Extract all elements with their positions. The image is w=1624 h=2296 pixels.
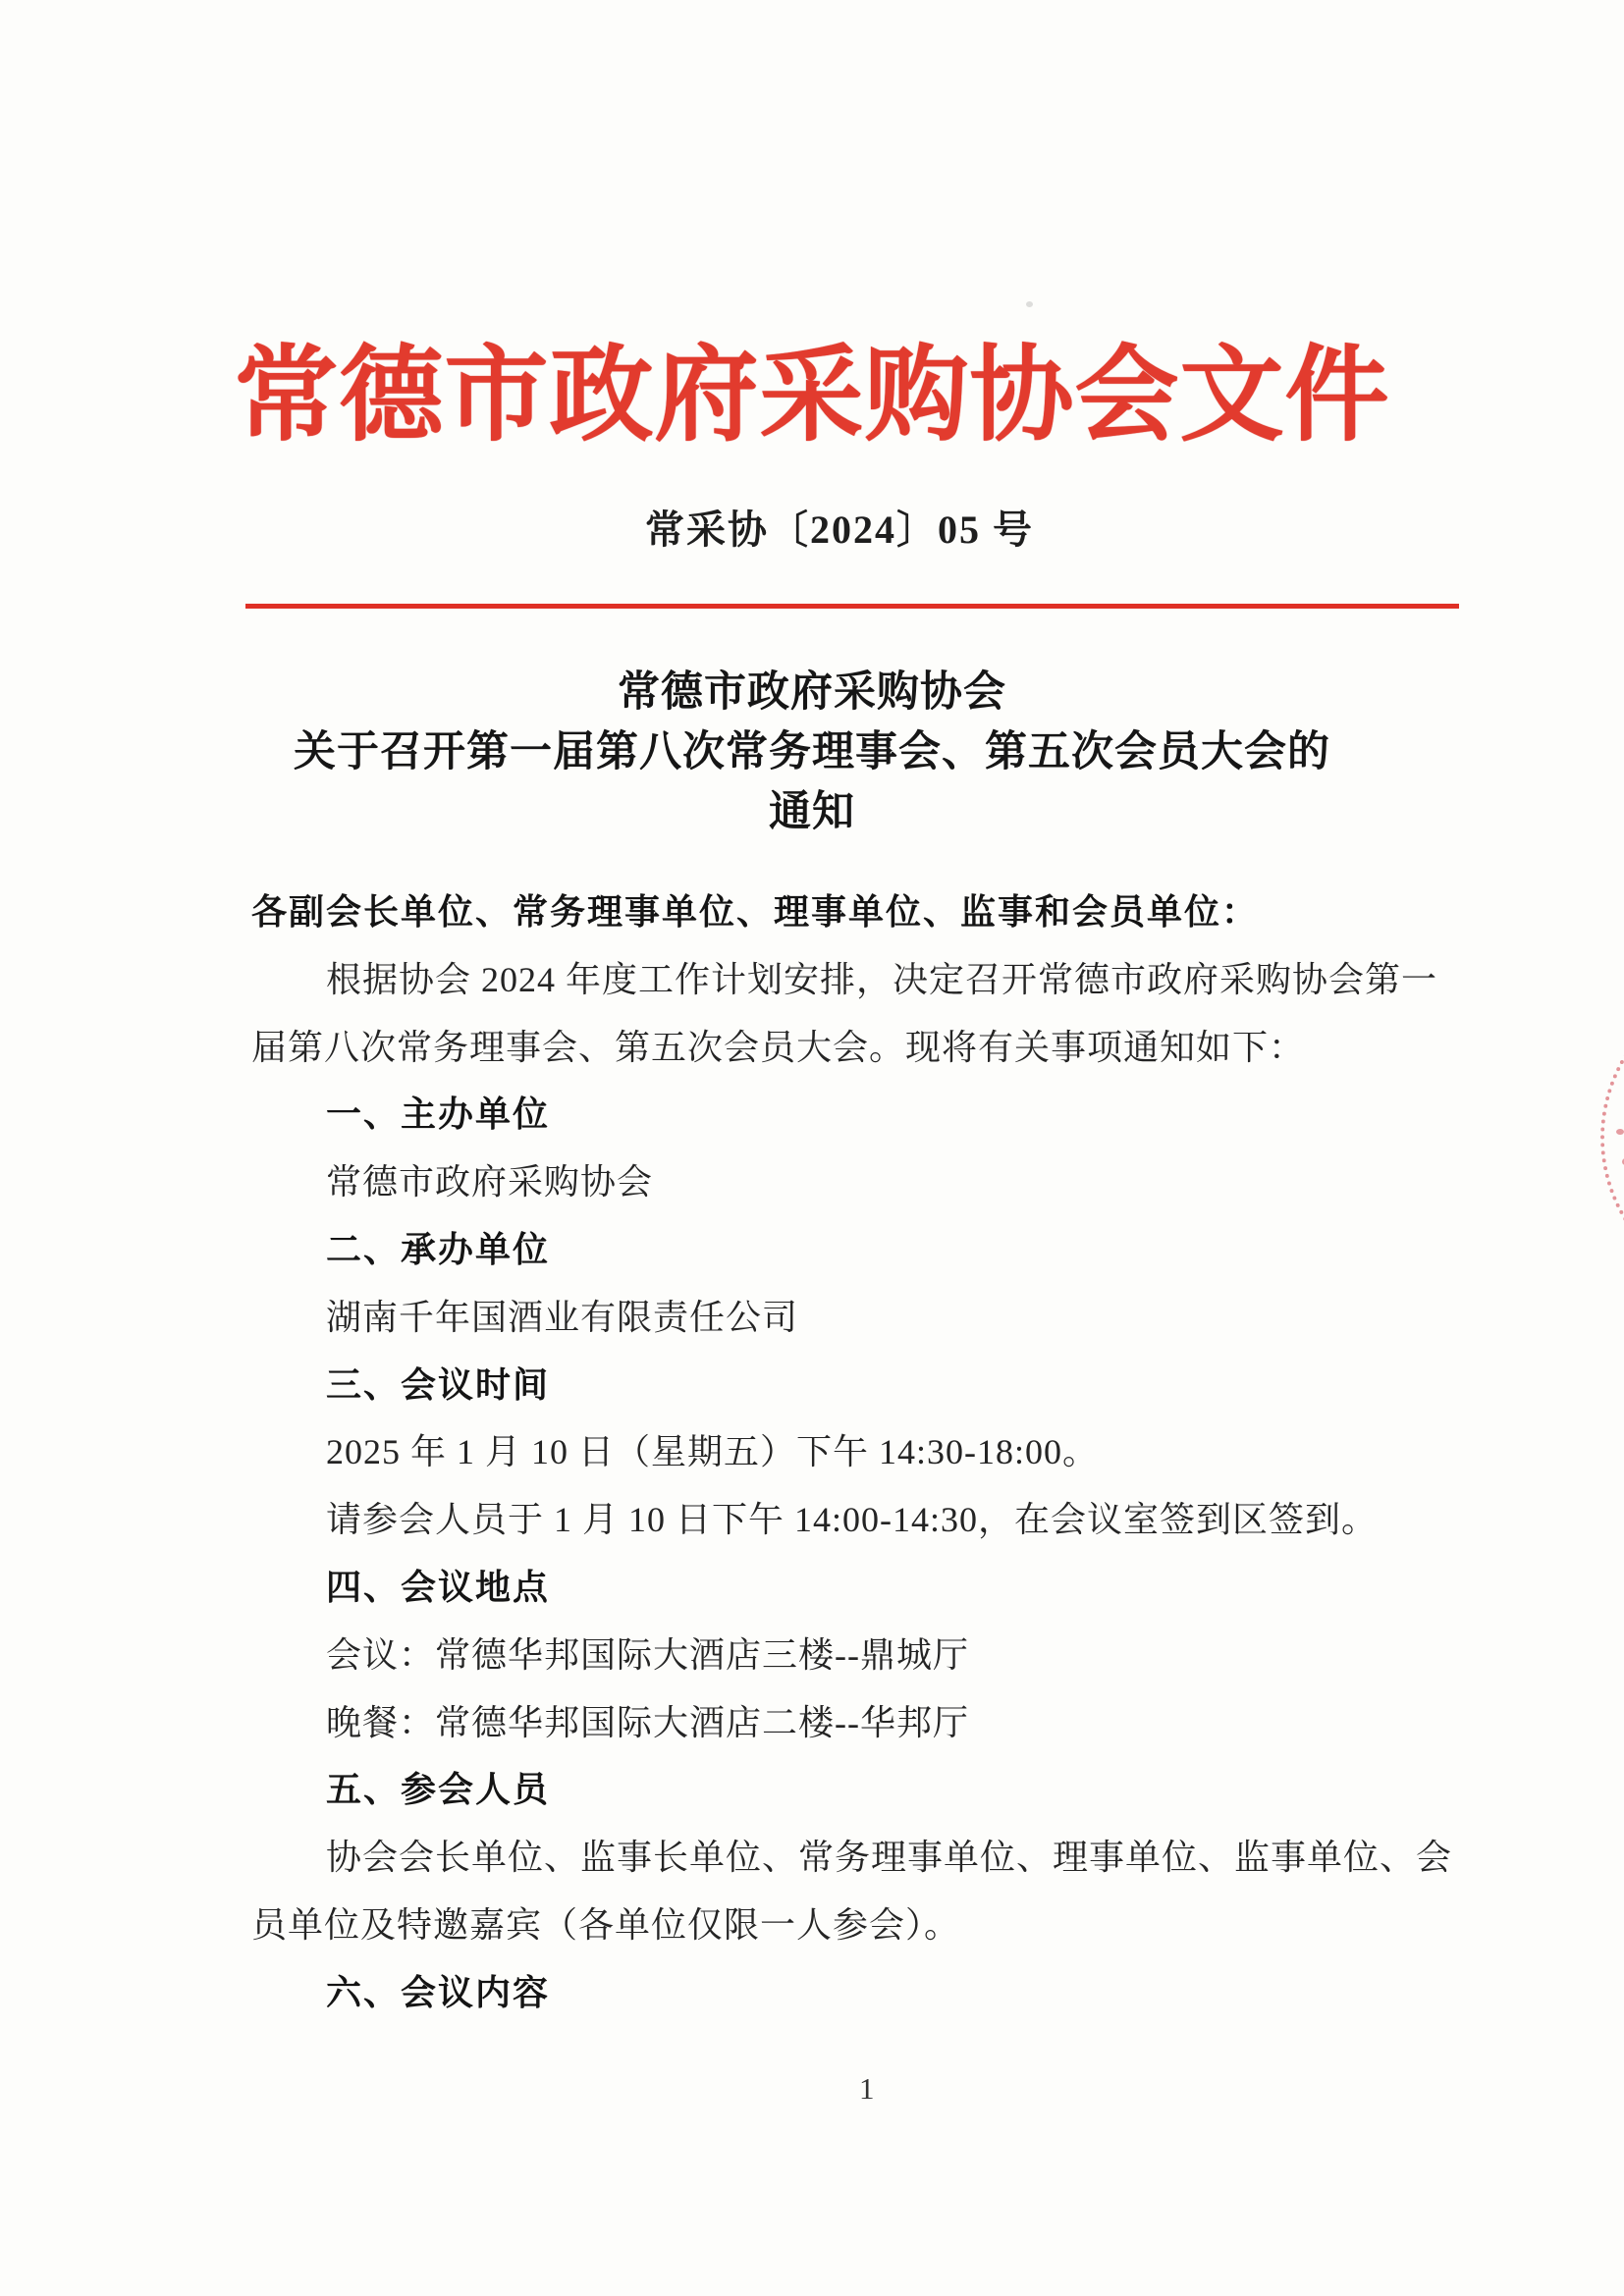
section-content: 湖南千年国酒业有限责任公司 <box>251 1284 1547 1352</box>
section-content: 协会会长单位、监事长单位、常务理事单位、理事单位、监事单位、会 <box>251 1824 1547 1892</box>
scan-artifact-dot <box>1026 301 1033 307</box>
notice-title-line1: 常德市政府采购协会 <box>0 663 1624 722</box>
notice-title: 常德市政府采购协会 关于召开第一届第八次常务理事会、第五次会员大会的 通知 <box>0 663 1624 842</box>
section-content: 常德市政府采购协会 <box>251 1148 1547 1216</box>
section-heading: 二、承办单位 <box>251 1216 1547 1284</box>
paragraph-line: 根据协会 2024 年度工作计划安排，决定召开常德市政府采购协会第一 <box>251 946 1547 1014</box>
seal-ink-speck <box>1616 1129 1624 1135</box>
page-number: 1 <box>859 2071 875 2107</box>
section-heading: 四、会议地点 <box>251 1554 1547 1622</box>
notice-title-line3: 通知 <box>0 782 1624 842</box>
section-heading: 一、主办单位 <box>251 1081 1547 1148</box>
document-number: 常采协〔2024〕05 号 <box>55 506 1624 555</box>
document-page: 常德市政府采购协会文件 常采协〔2024〕05 号 常德市政府采购协会 关于召开… <box>0 0 1624 2296</box>
section-content: 晚餐：常德华邦国际大酒店二楼--华邦厅 <box>251 1689 1547 1757</box>
section-content: 请参会人员于 1 月 10 日下午 14:00-14:30，在会议室签到区签到。 <box>251 1486 1547 1554</box>
paragraph-line: 届第八次常务理事会、第五次会员大会。现将有关事项通知如下： <box>251 1014 1547 1082</box>
salutation: 各副会长单位、常务理事单位、理事单位、监事和会员单位： <box>251 879 1547 946</box>
section-content: 2025 年 1 月 10 日（星期五）下午 14:30-18:00。 <box>251 1418 1547 1486</box>
letterhead-title: 常德市政府采购协会文件 <box>0 332 1624 459</box>
section-heading: 三、会议时间 <box>251 1352 1547 1419</box>
notice-body: 各副会长单位、常务理事单位、理事单位、监事和会员单位：根据协会 2024 年度工… <box>251 879 1547 2027</box>
red-seal-stamp-partial <box>1600 980 1624 1296</box>
section-heading: 六、会议内容 <box>251 1959 1547 2027</box>
section-content: 员单位及特邀嘉宾（各单位仅限一人参会）。 <box>251 1892 1547 1959</box>
notice-title-line2: 关于召开第一届第八次常务理事会、第五次会员大会的 <box>0 722 1624 782</box>
red-divider-line <box>245 604 1459 609</box>
section-content: 会议：常德华邦国际大酒店三楼--鼎城厅 <box>251 1622 1547 1689</box>
section-heading: 五、参会人员 <box>251 1756 1547 1824</box>
